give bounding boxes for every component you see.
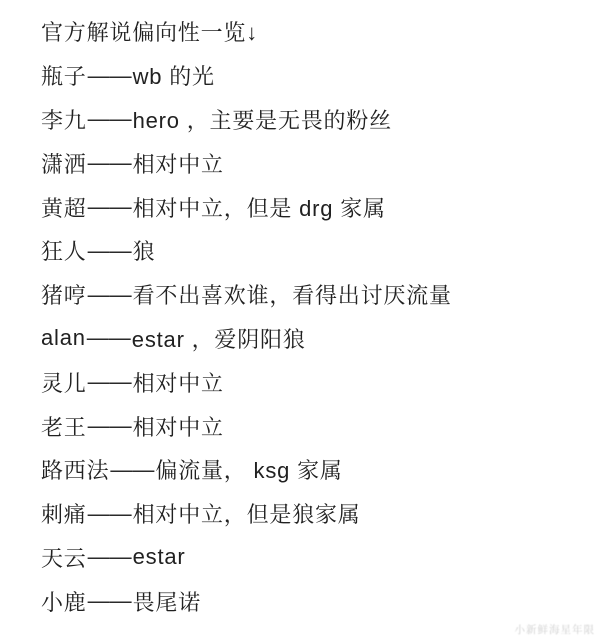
bias-text: wb 的光: [133, 60, 215, 91]
dash-separator: ——: [88, 544, 132, 570]
bias-text: 看不出喜欢谁，看得出讨厌流量: [133, 279, 452, 310]
commentator-name: 猪哼: [41, 279, 87, 310]
list-item: 狂人——狼: [41, 229, 584, 273]
dash-separator: ——: [88, 106, 132, 132]
commentator-name: 老王: [41, 411, 87, 442]
list-item: 天云——estar: [41, 536, 584, 580]
commentator-name: 路西法: [41, 454, 109, 485]
list-item: 路西法——偏流量， ksg 家属: [41, 448, 584, 492]
dash-separator: ——: [88, 501, 132, 527]
list-item: 灵儿——相对中立: [41, 360, 584, 404]
dash-separator: ——: [88, 63, 132, 89]
bias-text: hero ，主要是无畏的粉丝: [133, 104, 392, 135]
commentator-name: alan: [41, 325, 86, 351]
list-item: 猪哼——看不出喜欢谁，看得出讨厌流量: [41, 273, 584, 317]
commentator-name: 潇洒: [41, 148, 87, 179]
commentator-name: 灵儿: [41, 367, 87, 398]
dash-separator: ——: [88, 282, 132, 308]
commentator-name: 刺痛: [41, 498, 87, 529]
commentator-name: 李九: [41, 104, 87, 135]
commentator-name: 黄超: [41, 192, 87, 223]
dash-separator: ——: [88, 238, 132, 264]
watermark: 小新鲜海星年限: [515, 622, 596, 637]
commentator-name: 瓶子: [41, 60, 87, 91]
list-item: 老王——相对中立: [41, 404, 584, 448]
commentator-bias-list: 官方解说偏向性一览↓ 瓶子——wb 的光 李九——hero ，主要是无畏的粉丝 …: [0, 0, 600, 623]
commentator-name: 天云: [41, 542, 87, 573]
dash-separator: ——: [88, 369, 132, 395]
bias-text: 相对中立: [133, 148, 224, 179]
commentator-name: 狂人: [41, 235, 87, 266]
commentator-name: 小鹿: [41, 586, 87, 617]
page-title: 官方解说偏向性一览↓: [41, 10, 584, 54]
list-item: 黄超——相对中立，但是 drg 家属: [41, 185, 584, 229]
dash-separator: ——: [87, 325, 131, 351]
text-post-page: 官方解说偏向性一览↓ 瓶子——wb 的光 李九——hero ，主要是无畏的粉丝 …: [0, 0, 600, 643]
list-item: 瓶子——wb 的光: [41, 54, 584, 98]
bias-text: 相对中立，但是 drg 家属: [133, 192, 386, 223]
bias-text: 狼: [133, 235, 156, 266]
dash-separator: ——: [88, 150, 132, 176]
list-item: 小鹿——畏尾诺: [41, 579, 584, 623]
bias-text: estar ，爱阴阳狼: [132, 323, 306, 354]
bias-text: 相对中立: [133, 367, 224, 398]
bias-text: 畏尾诺: [133, 586, 201, 617]
dash-separator: ——: [110, 457, 154, 483]
title-text: 官方解说偏向性一览↓: [41, 16, 258, 47]
list-item: 李九——hero ，主要是无畏的粉丝: [41, 98, 584, 142]
dash-separator: ——: [88, 588, 132, 614]
dash-separator: ——: [88, 413, 132, 439]
list-item: 潇洒——相对中立: [41, 141, 584, 185]
bias-text: 相对中立，但是狼家属: [133, 498, 361, 529]
list-item: alan——estar ，爱阴阳狼: [41, 317, 584, 361]
bias-text: 偏流量， ksg 家属: [155, 454, 342, 485]
bias-text: 相对中立: [133, 411, 224, 442]
dash-separator: ——: [88, 194, 132, 220]
list-item: 刺痛——相对中立，但是狼家属: [41, 492, 584, 536]
bias-text: estar: [133, 544, 186, 570]
